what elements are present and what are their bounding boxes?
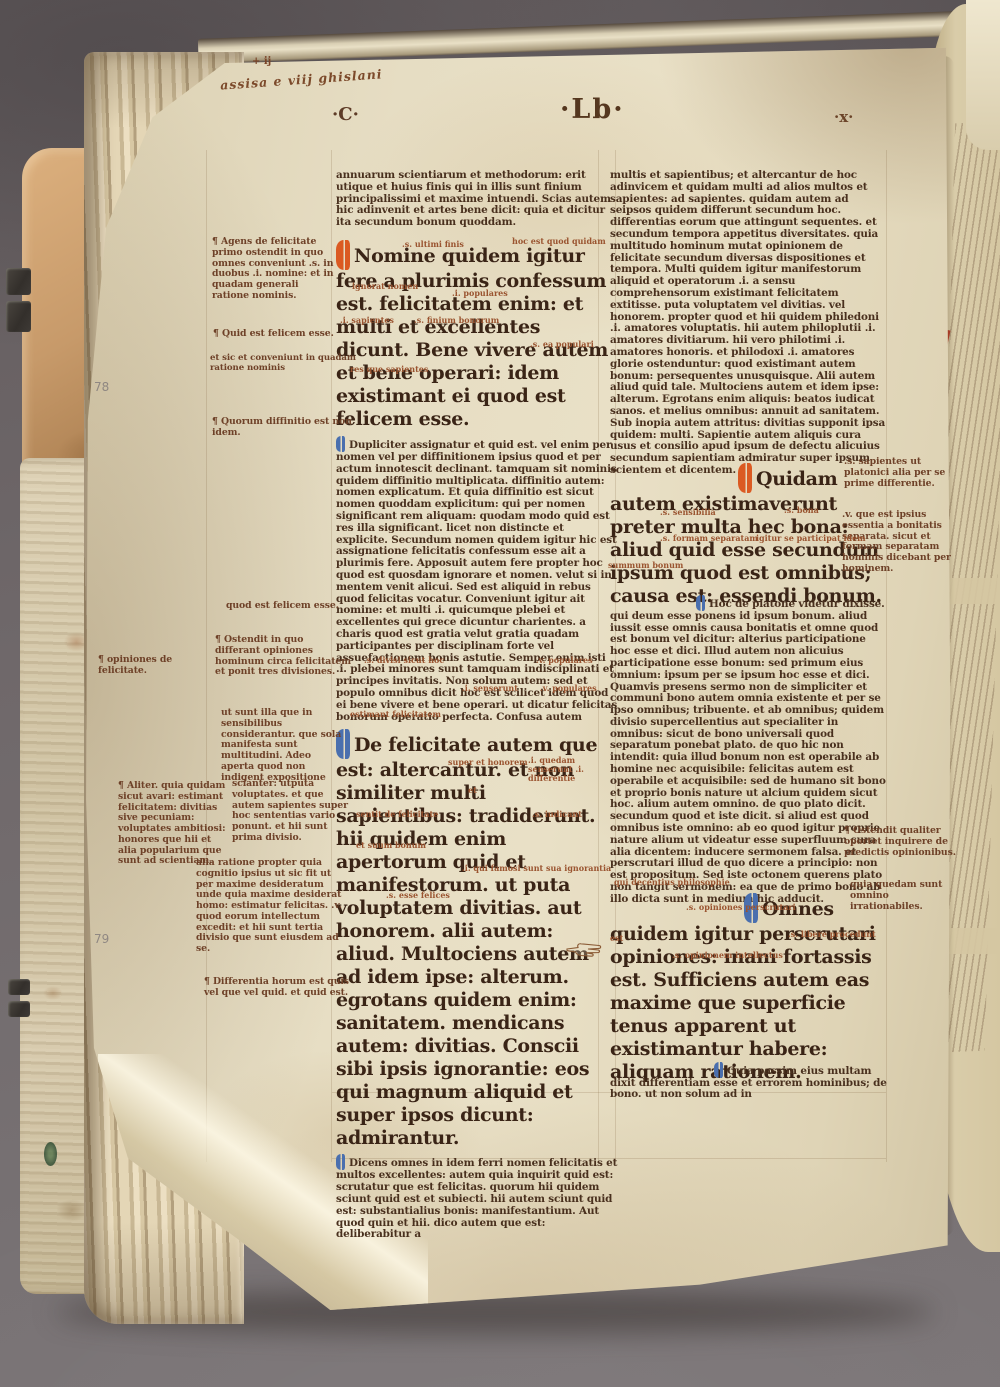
interlinear-gloss: .s. opinionem intellectus (672, 951, 783, 960)
interlinear-gloss: .i. quedam senserunt .i. differentie (528, 756, 616, 784)
interlinear-gloss: ignorat nomen (352, 282, 418, 291)
interlinear-gloss: .s. divisi sicut hoc (364, 656, 444, 665)
interlinear-gloss: .s. esse felices (386, 891, 450, 900)
interlinear-gloss: estimant felicitatem (350, 710, 441, 719)
interlinear-gloss: est (610, 934, 623, 943)
interlinear-gloss: .i. senserunt (462, 684, 518, 693)
interlinear-gloss: .s. formam separatam (660, 534, 758, 543)
interlinear-gloss: .s. sensibilia (660, 508, 716, 517)
interlinear-gloss: .v. populares (540, 684, 597, 693)
interlinear-gloss: res que sapientes (350, 365, 428, 374)
interlinear-gloss: .s. ea populari (530, 340, 594, 349)
interlinear-gloss: .i. sapientes (340, 316, 394, 325)
interlinear-gloss: et suum bonum (356, 841, 426, 850)
manuscript-photograph: ·C· ·Lb· ·x· assisa e viij ghislani 78 7… (0, 0, 1000, 1387)
interlinear-gloss: .i. populares (452, 289, 508, 298)
interlinear-gloss: sentit de felicitate (356, 810, 438, 819)
interlinear-gloss: .s. opiniones perscrutari (686, 903, 796, 912)
interlinear-gloss: summum bonum (608, 561, 683, 570)
manicule-pointing-hand-icon (566, 940, 604, 964)
interlinear-gloss: .s. bona (784, 506, 819, 515)
interlinear-gloss: .i. qui famosi sunt sua ignorantia (462, 864, 611, 873)
interlinear-gloss: hoc est quod quidam (512, 237, 606, 246)
interlinear-gloss: et (468, 786, 477, 795)
interlinear-gloss: .s. finium bonorum (414, 316, 499, 325)
interlinear-gloss: .s. libere procedunt (788, 930, 876, 939)
interlinear-gloss: super et honorem (448, 758, 528, 767)
interlinear-glosses-layer: + ij.s. ultimi finishoc est quod quidami… (0, 0, 1000, 1387)
interlinear-gloss: + ij (252, 56, 271, 68)
interlinear-gloss: .s. ultimi finis (402, 240, 464, 249)
interlinear-gloss: .s. iudicant (532, 810, 582, 819)
interlinear-gloss: .v. populares (536, 656, 593, 665)
interlinear-gloss: qui decentius philosophie (614, 878, 730, 887)
interlinear-gloss: igitur se participat idem (756, 534, 866, 543)
